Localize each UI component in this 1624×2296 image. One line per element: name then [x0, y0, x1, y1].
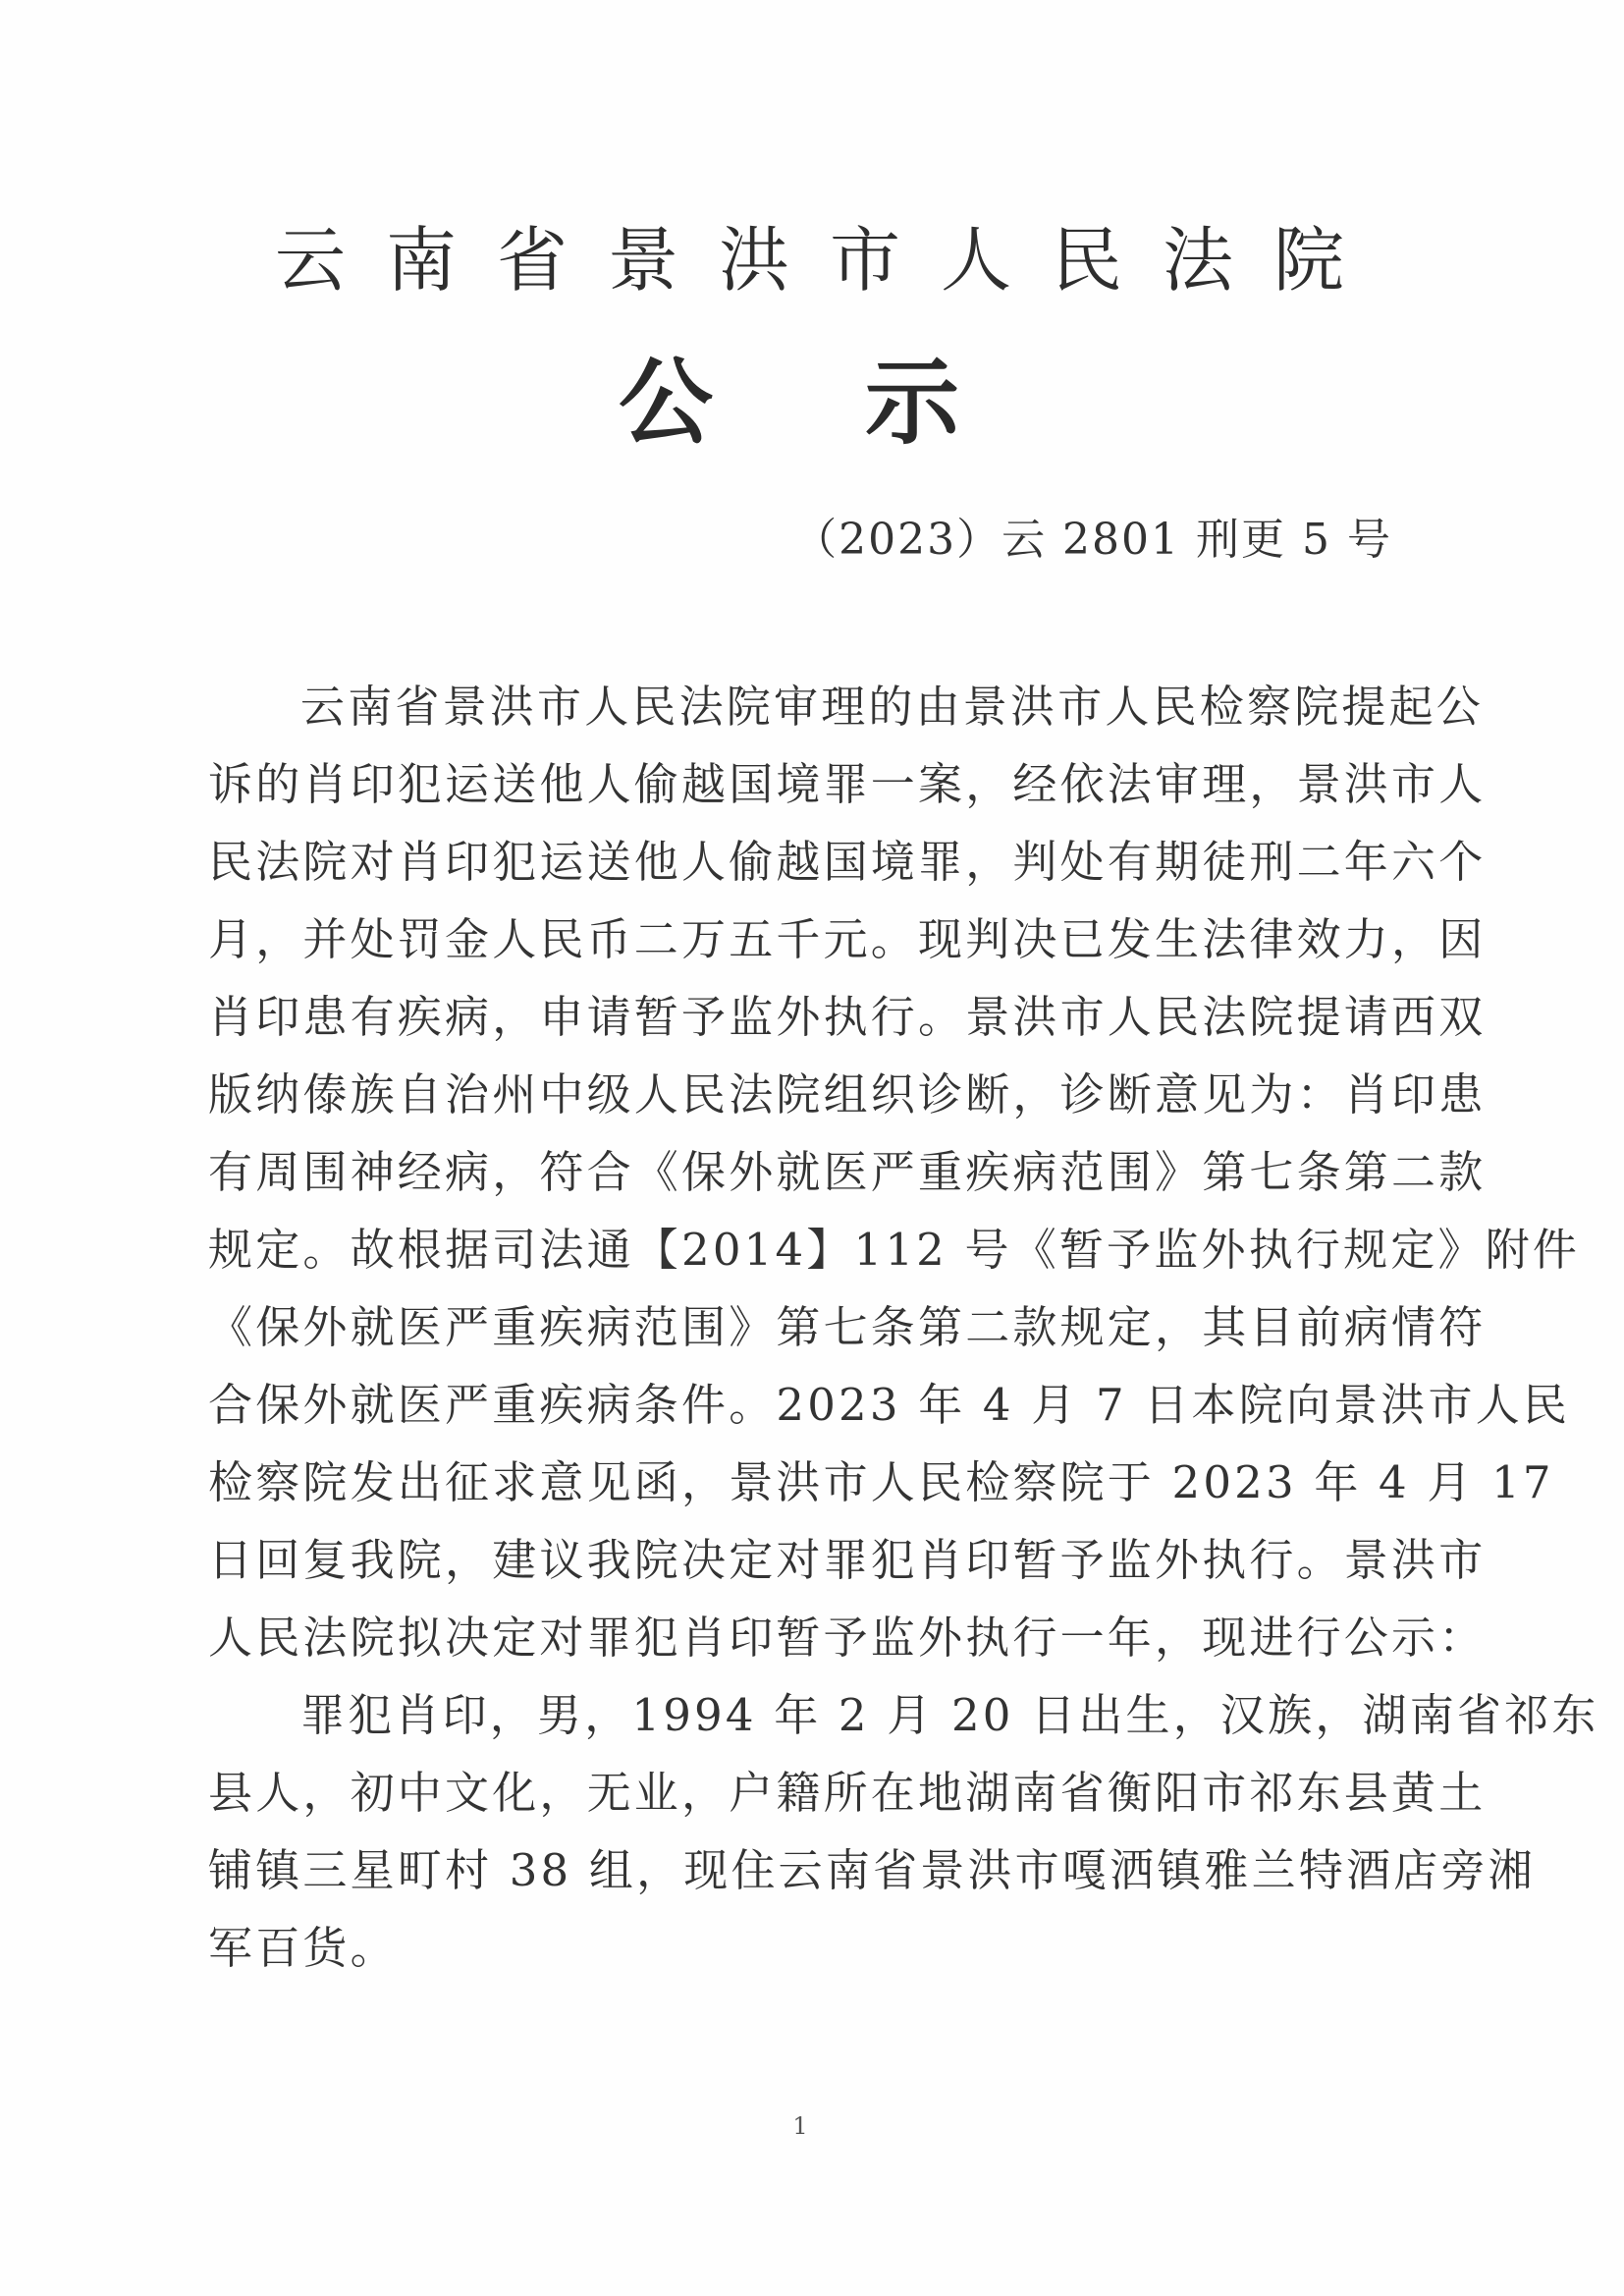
paragraph-1-line: 日回复我院，建议我院决定对罪犯肖印暂予监外执行。景洪市	[208, 1531, 1396, 1590]
paragraph-1-line: 人民法院拟决定对罪犯肖印暂予监外执行一年，现进行公示：	[208, 1609, 1396, 1667]
page-number: 1	[785, 2106, 815, 2146]
document-page: 云南省景洪市人民法院 公示 （2023）云 2801 刑更 5 号 云南省景洪市…	[0, 0, 1624, 2296]
notice-title: 公示	[619, 344, 1011, 462]
paragraph-1-line: 诉的肖印犯运送他人偷越国境罪一案，经依法审理，景洪市人	[208, 755, 1396, 814]
paragraph-1-line: 规定。故根据司法通【2014】112 号《暂予监外执行规定》附件	[208, 1221, 1396, 1280]
paragraph-1-line: 民法院对肖印犯运送他人偷越国境罪，判处有期徒刑二年六个	[208, 833, 1396, 892]
paragraph-2-line: 铺镇三星町村 38 组，现住云南省景洪市嘎洒镇雅兰特酒店旁湘	[208, 1841, 1396, 1900]
paragraph-1-line: 月，并处罚金人民币二万五千元。现判决已发生法律效力，因	[208, 910, 1396, 969]
paragraph-1-line: 检察院发出征求意见函，景洪市人民检察院于 2023 年 4 月 17	[208, 1453, 1396, 1512]
paragraph-1-line: 合保外就医严重疾病条件。2023 年 4 月 7 日本院向景洪市人民	[208, 1376, 1396, 1435]
paragraph-1-line: 肖印患有疾病，申请暂予监外执行。景洪市人民法院提请西双	[208, 988, 1396, 1047]
paragraph-2-line: 县人，初中文化，无业，户籍所在地湖南省衡阳市祁东县黄土	[208, 1764, 1396, 1823]
case-number: （2023）云 2801 刑更 5 号	[793, 511, 1392, 570]
paragraph-1-line: 有周围神经病，符合《保外就医严重疾病范围》第七条第二款	[208, 1143, 1396, 1202]
paragraph-2-line: 军百货。	[208, 1919, 1396, 1978]
paragraph-1-line: 《保外就医严重疾病范围》第七条第二款规定，其目前病情符	[208, 1298, 1396, 1357]
paragraph-1-line: 版纳傣族自治州中级人民法院组织诊断，诊断意见为：肖印患	[208, 1066, 1396, 1124]
court-name-heading: 云南省景洪市人民法院	[275, 216, 1375, 304]
paragraph-2-line: 罪犯肖印，男，1994 年 2 月 20 日出生，汉族，湖南省祁东	[208, 1686, 1396, 1745]
paragraph-1-line: 云南省景洪市人民法院审理的由景洪市人民检察院提起公	[208, 678, 1396, 737]
